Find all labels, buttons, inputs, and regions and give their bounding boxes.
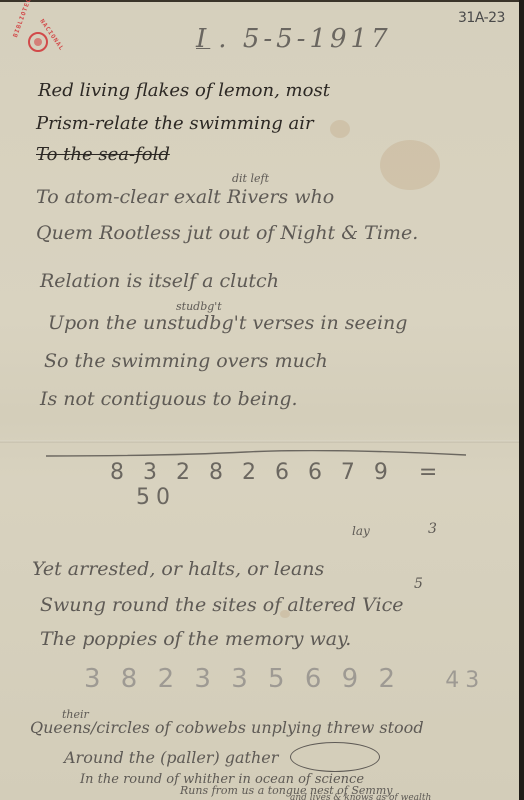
paper-stain bbox=[380, 140, 440, 190]
ink-line-2: Prism-relate the swimming air bbox=[36, 113, 314, 134]
library-stamp: BIBLIOTECA NACIONAL bbox=[12, 14, 66, 60]
page-header: I. 5-5-1917 bbox=[196, 24, 392, 54]
calc-2-result: 43 bbox=[445, 668, 485, 693]
pencil-line-4: Upon the unstudbg't verses in seeing bbox=[48, 312, 407, 334]
stamp-text-left: BIBLIOTECA bbox=[12, 0, 34, 38]
paper-fold bbox=[0, 440, 519, 443]
divider-line bbox=[46, 450, 466, 458]
pencil-line-14: and lives & knows as of wealth bbox=[290, 793, 431, 800]
ink-line-1: Red living flakes of lemon, most bbox=[38, 80, 330, 101]
calculation-1: 8 3 2 8 2 6 6 7 9 = 50 bbox=[110, 460, 519, 510]
pencil-line-1: To atom-clear exalt Rivers who bbox=[36, 186, 334, 208]
calc-1-digits: 8 3 2 8 2 6 6 7 9 bbox=[110, 460, 394, 485]
calculation-2: 3 8 2 3 3 5 6 9 2 43 bbox=[84, 664, 485, 694]
pencil-line-5: So the swimming overs much bbox=[44, 350, 328, 372]
pencil-line-10: Queens/circles of cobwebs unplying threw… bbox=[30, 718, 424, 737]
insertion-above-2: lay bbox=[352, 524, 370, 538]
pencil-line-7: Yet arrested, or halts, or leans bbox=[32, 558, 324, 580]
pencil-line-11: Around the (paller) gather bbox=[64, 748, 278, 767]
ink-line-3: To the sea-fold bbox=[36, 144, 170, 165]
poem-date: 5-5-1917 bbox=[243, 24, 392, 54]
bracket-note: 5 bbox=[414, 576, 423, 592]
calc-1-result: 50 bbox=[136, 485, 176, 510]
insertion-above: dit left bbox=[232, 172, 269, 185]
calc-2-digits: 3 8 2 3 3 5 6 9 2 bbox=[84, 664, 401, 694]
calc-1-equals: = bbox=[419, 460, 443, 485]
scan-top-edge bbox=[0, 0, 519, 2]
margin-note: 3 bbox=[428, 521, 437, 537]
paper-stain bbox=[330, 120, 350, 138]
pencil-line-9: The poppies of the memory way. bbox=[40, 628, 351, 650]
pencil-line-6: Is not contiguous to being. bbox=[40, 388, 298, 410]
archive-reference: 31A-23 bbox=[458, 10, 505, 26]
pencil-line-2: Quem Rootless jut out of Night & Time. bbox=[36, 222, 418, 244]
manuscript-page: BIBLIOTECA NACIONAL 31A-23 I. 5-5-1917 R… bbox=[0, 0, 519, 800]
pencil-line-8: Swung round the sites of altered Vice bbox=[40, 594, 403, 616]
pencil-line-3: Relation is itself a clutch bbox=[40, 270, 279, 292]
scan-right-edge bbox=[519, 0, 524, 800]
stamp-emblem-icon bbox=[28, 32, 48, 52]
poem-number: I bbox=[196, 24, 210, 54]
circled-word-outline bbox=[290, 742, 380, 772]
